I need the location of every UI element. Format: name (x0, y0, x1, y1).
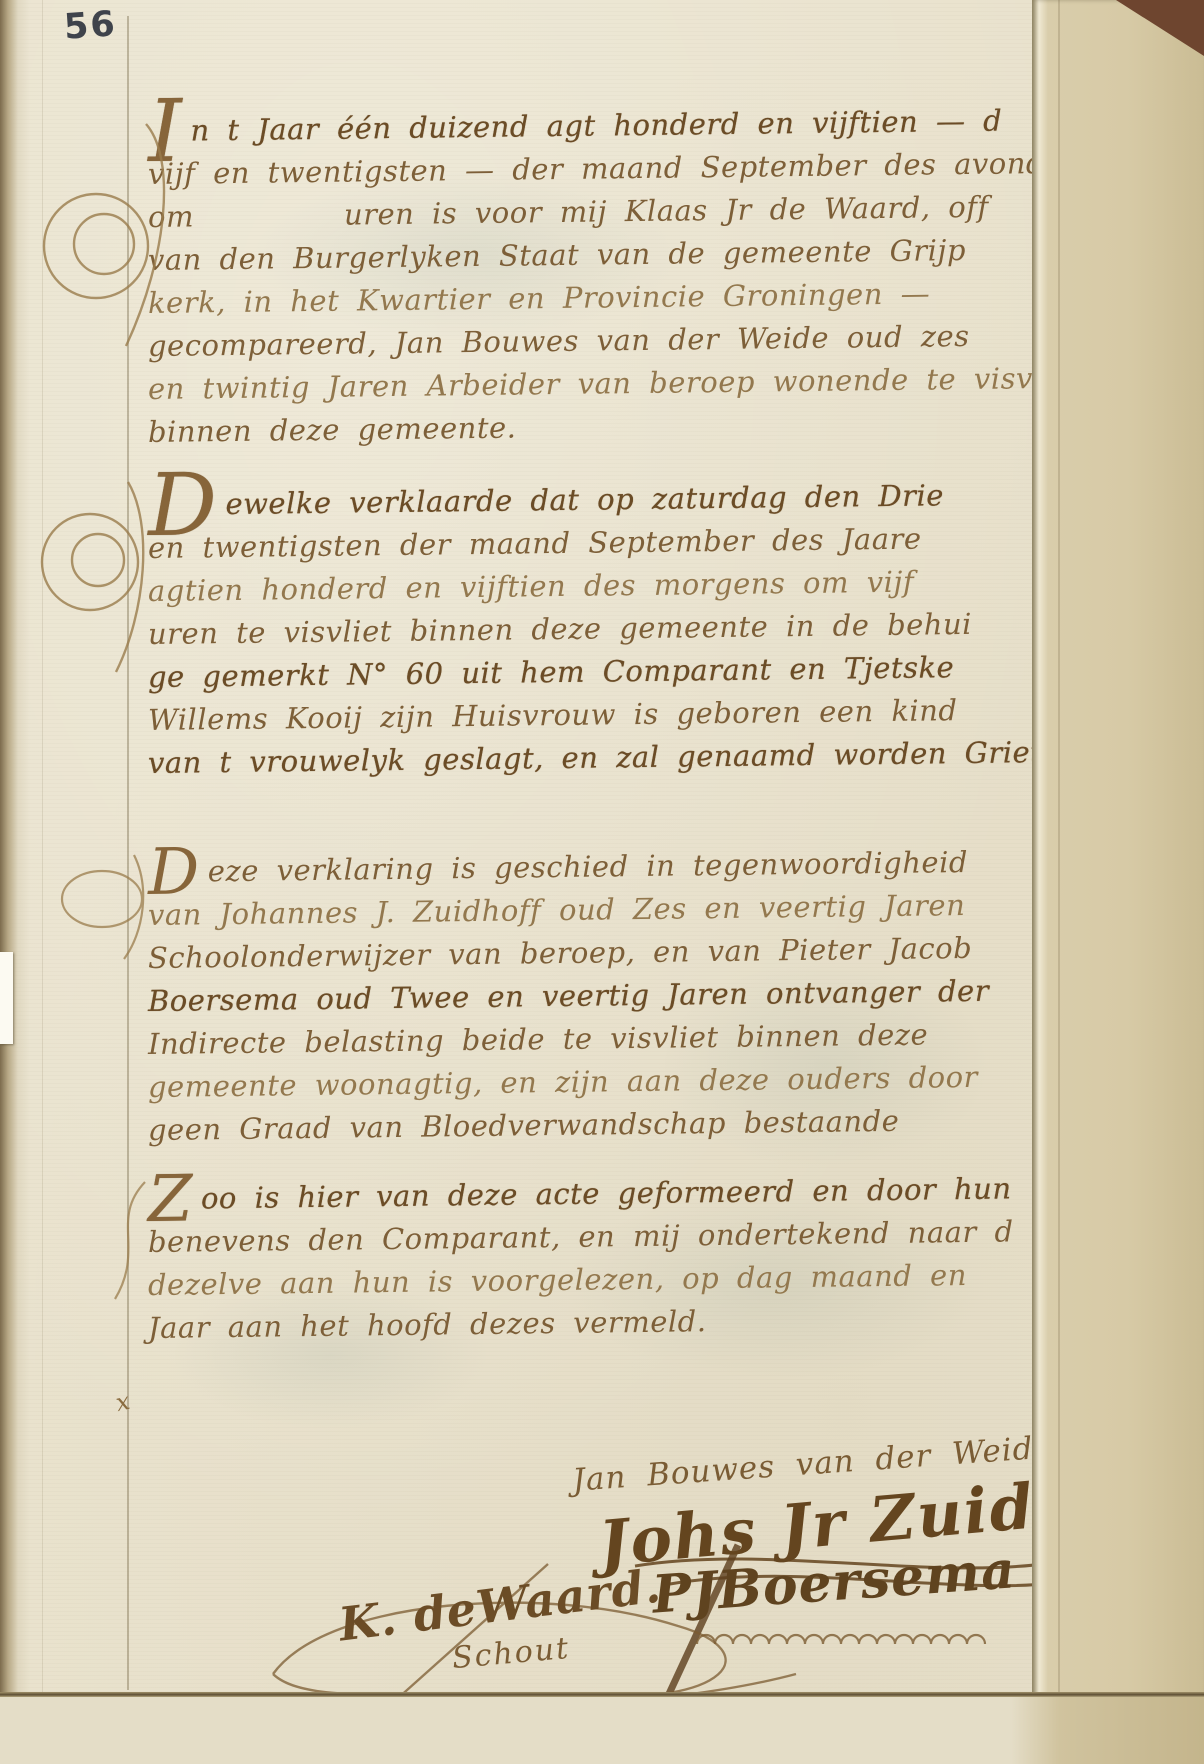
signature-official-title: Schout (451, 1631, 572, 1676)
paragraph-witnesses: Deze verklaring is geschied in tegenwoor… (148, 851, 1128, 1152)
paper-crease (42, 0, 43, 1700)
binding-edge (0, 0, 30, 1764)
page-number: 56 (63, 4, 118, 48)
line-text: om (148, 199, 194, 234)
signature-loop-chain-icon (692, 1624, 1002, 1658)
initial-flourish-icon (52, 837, 162, 967)
act-body-text: In t Jaar één duizend agt honderd en vij… (148, 110, 1128, 1350)
manuscript-page: 56 In t Jaar één duizend agt honderd en … (0, 0, 1204, 1764)
line-text: n t Jaar één duizend agt honderd en vijf… (190, 104, 1002, 148)
marginal-pen-mark: x (113, 1387, 132, 1417)
paragraph-opening: In t Jaar één duizend agt honderd en vij… (148, 110, 1128, 454)
page-edge-line (1058, 0, 1060, 1764)
paper-tab (0, 952, 13, 1044)
margin-rule (127, 16, 129, 1690)
line-text: eze verklaring is geschied in tegenwoord… (208, 845, 969, 888)
paragraph-declaration: Dewelke verklaarde dat op zaturdag den D… (148, 484, 1128, 785)
line-text: oo is hier van deze acte geformeerd en d… (201, 1171, 1012, 1215)
line-text: ewelke verklaarde dat op zaturdag den Dr… (225, 478, 944, 521)
next-page-sliver (0, 1697, 1204, 1764)
blank-space (194, 225, 344, 227)
paragraph-closing: Zoo is hier van deze acte geformeerd en … (148, 1178, 1128, 1350)
page-fold-line (0, 1692, 1204, 1697)
line-text: uren is voor mij Klaas Jr de Waard, off (344, 190, 989, 232)
